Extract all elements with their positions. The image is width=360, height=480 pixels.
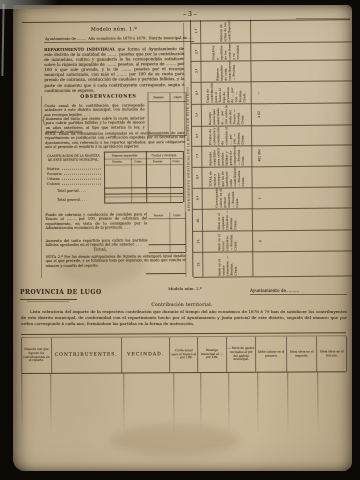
band-value: 1 <box>258 197 263 199</box>
table-band: 8.ª TOTAL de cuotas y recargos que ha de… <box>192 165 354 189</box>
band-label: 4.ª <box>194 91 198 95</box>
band-heading: Nombres y apellidos de los contribuyente… <box>212 43 241 59</box>
rotated-table-grid: 1.ª Número de orden de los contribuyente… <box>190 18 355 277</box>
body-column-line <box>317 372 318 432</box>
total-general-label: Total general. . . . <box>57 197 87 201</box>
band-label: 11. <box>196 239 200 244</box>
row-label: Rústica <box>47 167 60 171</box>
total-label: Total. <box>86 247 116 252</box>
band-heading: Idem en el cuarto trimestre. — Pesetas. … <box>218 252 239 275</box>
repartimiento-body: que forma el Ayuntamiento de este distri… <box>44 46 184 93</box>
band-label: 12. <box>196 262 200 267</box>
header-numero: Número con que figuran los contribuyente… <box>22 338 52 373</box>
table-band: 12. Idem en el cuarto trimestre. — Peset… <box>193 250 355 278</box>
header-contribuyentes: CONTRIBUYENTES. <box>52 337 122 372</box>
row-label: Urbana <box>47 177 60 181</box>
contribucion-subtitle: Contribución territorial. <box>122 302 242 308</box>
header-cuota-tesoro: Cuota anual para el Tesoro al .... por 1… <box>170 337 198 372</box>
body-column-line <box>173 373 174 433</box>
band-label: 7.ª <box>195 154 199 158</box>
row-label: Pecuaria <box>47 172 62 176</box>
band-label: 9.ª <box>195 196 199 200</box>
header-recargo-municipal: Recargo municipal al .... por 100. <box>198 337 227 372</box>
table-band: 11. Idem en el tercer trimestre. — Peset… <box>193 229 355 253</box>
sub-cents: Cénts. <box>131 159 146 164</box>
grid-line <box>104 196 183 197</box>
table-band: 10. Idem en el segundo trimestre. — Pese… <box>193 207 355 232</box>
header-trimestre-primero: Debe cobrar en el primero. <box>256 337 287 372</box>
clasificacion-rows: Rústica Pecuaria Urbana Colonia <box>47 166 102 186</box>
model2-title: Modelo núm. 2.º <box>140 285 230 291</box>
band-heading: Número de orden de los contribuyentes. <box>219 21 231 42</box>
nota-paragraph: NOTA. Todas las circunstancias consignad… <box>45 131 185 149</box>
table-header-row: Número con que figuran los contribuyente… <box>21 336 347 373</box>
model1-field-line: Ayuntamiento de ........ Año económico d… <box>44 36 184 42</box>
band-value: — <box>257 91 262 94</box>
dot-leader <box>62 184 101 185</box>
body-column-line <box>50 374 51 434</box>
band-heading: Aumento repartible para cubrir partidas … <box>208 146 245 165</box>
band-label: 6.ª <box>195 134 199 138</box>
band-value: 4 <box>258 240 263 242</box>
group1-header: Riqueza imponible. <box>104 152 146 158</box>
lista-cobratoria-table: Número con que figuran los contribuyente… <box>21 332 347 438</box>
body-column-line <box>123 373 124 433</box>
page-number: – 3 – <box>168 10 212 18</box>
table-band: 4.ª Cuota de contribución para el Tesoro… <box>192 80 354 105</box>
table-band: 1.ª Número de orden de los contribuyente… <box>191 18 353 44</box>
total-rule <box>149 252 186 253</box>
body-column-line <box>257 373 258 433</box>
table-band: 5.ª Recargo municipal autorizado al ....… <box>192 102 354 127</box>
clasificacion-caption-line2: DE ESTE DISTRITO MUNICIPAL. <box>48 158 99 162</box>
band-value: 4 62 <box>257 111 262 118</box>
row-label: Colonia <box>47 182 60 186</box>
field-anio-economico: Año económico de 1878 á 1879. <box>87 36 147 42</box>
band-label: 8.ª <box>195 175 199 179</box>
header-gastos-vecinales: — Parte de gastos vecinales al pie del p… <box>227 337 257 372</box>
lista-cobratoria-intro: Lista cobratoria del importe de la respe… <box>21 309 347 327</box>
scanned-document-page: – 3 – Modelo núm. 1.º Ayuntamiento de ..… <box>0 0 360 480</box>
provincia-heading: PROVINCIA DE LUGO <box>20 289 102 296</box>
row-colonia: Colonia <box>47 181 102 186</box>
band-heading: Idem en el tercer trimestre. — Pesetas. … <box>217 231 237 250</box>
band-heading: Premio de cobranza y conducción de cauda… <box>208 126 245 144</box>
pesetas-column-header: Pesetas. <box>148 93 170 101</box>
band-heading: Corresponde cobrar en el primer trimestr… <box>215 188 240 207</box>
band-heading: Idem en el segundo trimestre. — Pesetas.… <box>217 209 238 229</box>
table-band: 6.ª Premio de cobranza y conducción de c… <box>192 124 354 147</box>
field-ayuntamiento: Ayuntamiento de ........ <box>44 37 87 43</box>
provincia-rule-2 <box>27 301 69 302</box>
band-heading: Recargo municipal autorizado al .... por… <box>208 104 245 124</box>
provincia-rule <box>20 299 77 300</box>
closing-rule <box>146 273 186 274</box>
grid-line <box>104 193 183 194</box>
table-band: 7.ª Aumento repartible para cubrir parti… <box>192 144 354 168</box>
total-parcial-label: Total parcial. . . . <box>57 188 86 192</box>
model1-section: Modelo núm. 1.º Ayuntamiento de ........… <box>44 26 186 279</box>
table-band: 9.ª Corresponde cobrar en el primer trim… <box>193 186 355 210</box>
clasificacion-caption: CLASIFICACIÓN DE LA RIQUEZA DE ESTE DIST… <box>45 154 102 162</box>
rotated-repartimiento-table: REPARTIMIENTO INDIVIDUAL DE LA RIQUEZA D… <box>182 18 354 278</box>
table-band: 3.ª Riqueza imponible de cada contribuye… <box>191 59 353 83</box>
header-vecindad: VECINDAD. <box>122 337 171 372</box>
cobranza-paragraph-1: Fondo de cobranza y conducción de caudal… <box>45 212 147 231</box>
observaciones-title: OBSERVACIONES <box>66 93 150 100</box>
band-heading: Cuota de contribución para el Tesoro al … <box>206 82 247 102</box>
group2-header: Cuotas y recargos. <box>146 152 183 158</box>
grid-line <box>104 202 183 203</box>
body-column-line <box>228 373 229 433</box>
amount-box-header: Pesetas. Cénts. <box>148 93 185 102</box>
grid-line <box>104 187 183 188</box>
cobranza-amount-header: Pesetas. Cénts. <box>148 212 185 219</box>
observaciones-amount-box: Pesetas. Cénts. <box>147 92 186 136</box>
header-trimestre-segundo: Idem idem en el segundo. <box>287 336 318 371</box>
sub-pesetas: Pesetas. <box>104 159 131 164</box>
scan-border-bottom <box>0 471 360 480</box>
total-rule <box>149 244 186 245</box>
sub-pesetas: Pesetas. <box>146 159 170 164</box>
body-column-line <box>200 373 201 433</box>
band-label: 3.ª <box>194 69 198 73</box>
pesetas-column-header: Pesetas. <box>148 212 169 218</box>
band-label: 5.ª <box>194 113 198 117</box>
grid-line <box>104 164 183 165</box>
nota2-paragraph: NOTA 2.ª Por las demás agrupaciones de r… <box>46 254 186 268</box>
scan-border-right <box>352 0 360 480</box>
band-heading: TOTAL de cuotas y recargos que ha de sat… <box>209 167 246 186</box>
repartimiento-paragraph: REPARTIMIENTO INDIVIDUAL que forma el Ay… <box>44 46 184 93</box>
header-trimestre-tercero: Idem idem en el tercero. <box>317 336 347 371</box>
sub-cents: Cénts. <box>170 159 183 164</box>
band-heading: Riqueza imponible de cada contribuyente.… <box>216 61 236 80</box>
model1-title: Modelo núm. 1.º <box>44 26 184 34</box>
body-column-line <box>287 373 288 433</box>
clasificacion-table: CLASIFICACIÓN DE LA RIQUEZA DE ESTE DIST… <box>45 151 184 205</box>
amount-box-divider <box>170 101 171 135</box>
band-label: 1.ª <box>194 29 198 33</box>
band-label: 10. <box>195 217 199 222</box>
band-value: 402 462 <box>257 150 262 162</box>
scan-artifact-corner <box>0 0 58 9</box>
observacion-item-1: Cuota anual de la contribución que corre… <box>45 103 145 117</box>
body-column-line <box>21 374 22 434</box>
model2-ayuntamiento-field: Ayuntamiento de.......... <box>250 288 347 295</box>
band-label: 2.ª <box>194 50 198 54</box>
